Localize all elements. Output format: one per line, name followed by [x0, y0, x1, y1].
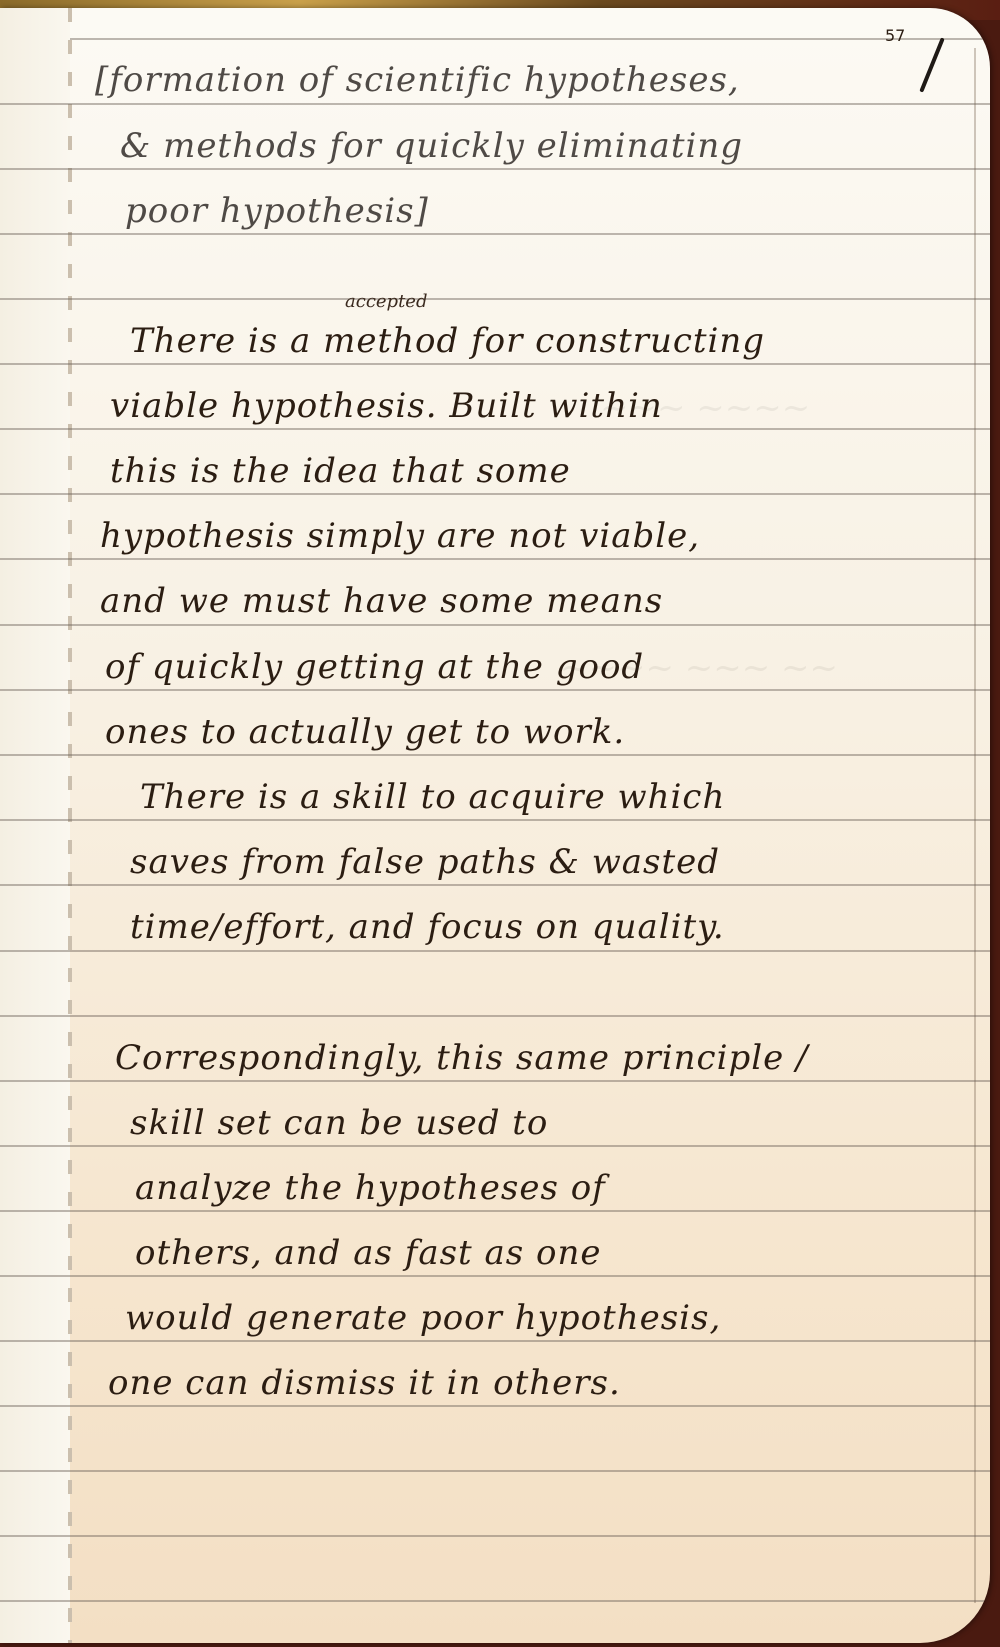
ruled-line [0, 1535, 990, 1537]
ruled-line [0, 754, 990, 756]
heading-line: poor hypothesis] [125, 191, 429, 231]
ruled-line [0, 1015, 990, 1017]
ruled-line [0, 428, 990, 430]
paragraph-line: one can dismiss it in others. [108, 1363, 621, 1403]
paragraph-line: There is a method for constructing [130, 321, 765, 361]
ruled-line [0, 624, 990, 626]
paragraph-line: would generate poor hypothesis, [125, 1298, 721, 1338]
ruled-line [0, 298, 990, 300]
page-edge [974, 48, 976, 1603]
paragraph-line: others, and as fast as one [135, 1233, 602, 1273]
notebook-page: ~~~ ~~~~ ~~~~ ~~~ ~~ 57 [formation of sc… [0, 8, 990, 1643]
ruled-line [0, 493, 990, 495]
ruled-line [0, 168, 990, 170]
page-margin-flap [0, 8, 70, 1643]
insertion-annotation: accepted [345, 291, 427, 312]
paragraph-line: and we must have some means [100, 581, 663, 621]
ruled-line [0, 1340, 990, 1342]
paragraph-line: of quickly getting at the good [105, 647, 644, 687]
ruled-line [70, 38, 990, 40]
paragraph-line: this is the idea that some [110, 451, 571, 491]
ruled-line [0, 1600, 990, 1602]
ruled-line [0, 233, 990, 235]
paragraph-line: viable hypothesis. Built within [110, 386, 663, 426]
ruled-line [0, 1145, 990, 1147]
paragraph-line: Correspondingly, this same principle / [115, 1038, 808, 1078]
ruled-line [0, 884, 990, 886]
ruled-line [0, 819, 990, 821]
ruled-line [0, 363, 990, 365]
paragraph-line: There is a skill to acquire which [140, 777, 725, 817]
ruled-line [0, 1210, 990, 1212]
ruled-line [0, 103, 990, 105]
corner-slash-mark [919, 37, 944, 92]
paragraph-line: time/effort, and focus on quality. [130, 907, 725, 947]
ruled-line [0, 950, 990, 952]
heading-line: & methods for quickly eliminating [120, 126, 743, 166]
ruled-line [0, 1275, 990, 1277]
heading-line: [formation of scientific hypotheses, [95, 60, 740, 100]
paragraph-line: skill set can be used to [130, 1103, 548, 1143]
paragraph-line: analyze the hypotheses of [135, 1168, 606, 1208]
paragraph-line: ones to actually get to work. [105, 712, 625, 752]
ruled-line [0, 1080, 990, 1082]
ruled-line [0, 558, 990, 560]
paragraph-line: hypothesis simply are not viable, [100, 516, 700, 556]
ruled-line [0, 1470, 990, 1472]
perforation-line [68, 8, 72, 1643]
paragraph-line: saves from false paths & wasted [130, 842, 720, 882]
ruled-line [0, 689, 990, 691]
page-number: 57 [885, 26, 905, 45]
ruled-line [0, 1405, 990, 1407]
